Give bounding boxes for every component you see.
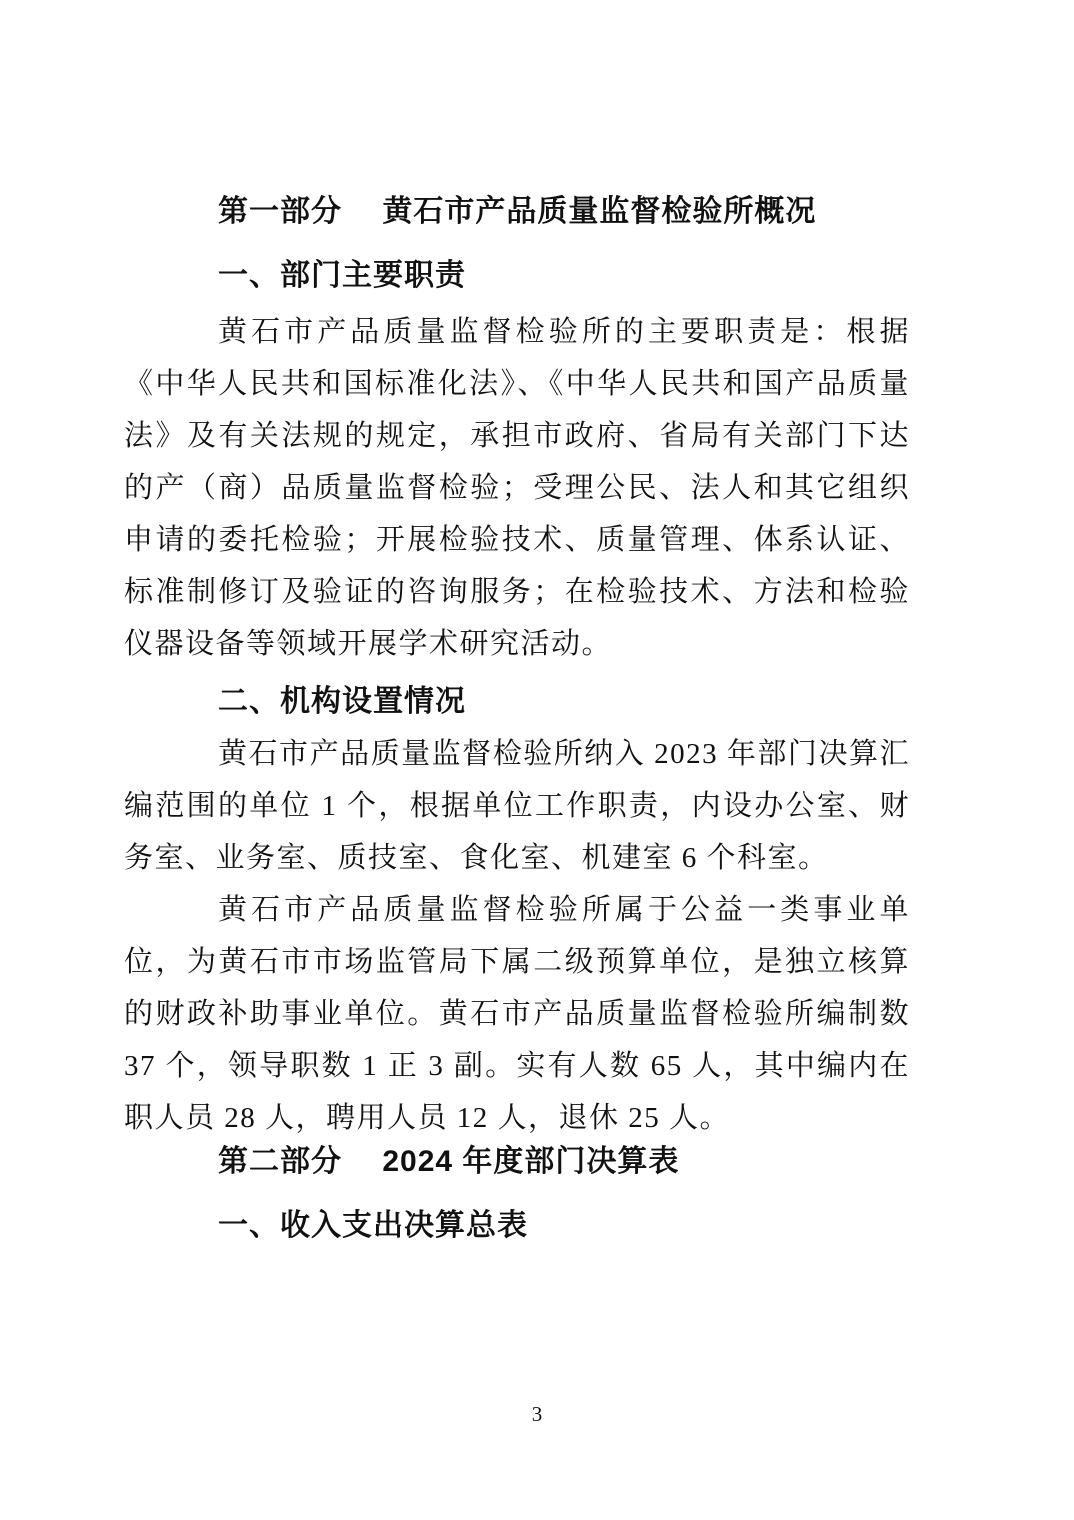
page-number: 3 [0, 1402, 1074, 1427]
part1-section1-paragraph: 黄石市产品质量监督检验所的主要职责是：根据《中华人民共和国标准化法》、《中华人民… [124, 306, 910, 670]
part1-section2-paragraph1: 黄石市产品质量监督检验所纳入 2023 年部门决算汇编范围的单位 1 个，根据单… [124, 728, 910, 884]
part1-title: 第一部分 黄石市产品质量监督检验所概况 [124, 186, 910, 238]
part1-section2-paragraph2: 黄石市产品质量监督检验所属于公益一类事业单位，为黄石市市场监管局下属二级预算单位… [124, 884, 910, 1144]
part1-section1-heading: 一、部门主要职责 [124, 250, 910, 302]
document-page: 第一部分 黄石市产品质量监督检验所概况 一、部门主要职责 黄石市产品质量监督检验… [0, 0, 1074, 1520]
part1-section2-heading: 二、机构设置情况 [124, 676, 910, 728]
document-content: 第一部分 黄石市产品质量监督检验所概况 一、部门主要职责 黄石市产品质量监督检验… [124, 186, 910, 1252]
part2-section1-heading: 一、收入支出决算总表 [124, 1200, 910, 1252]
part2-title: 第二部分 2024 年度部门决算表 [124, 1136, 910, 1188]
